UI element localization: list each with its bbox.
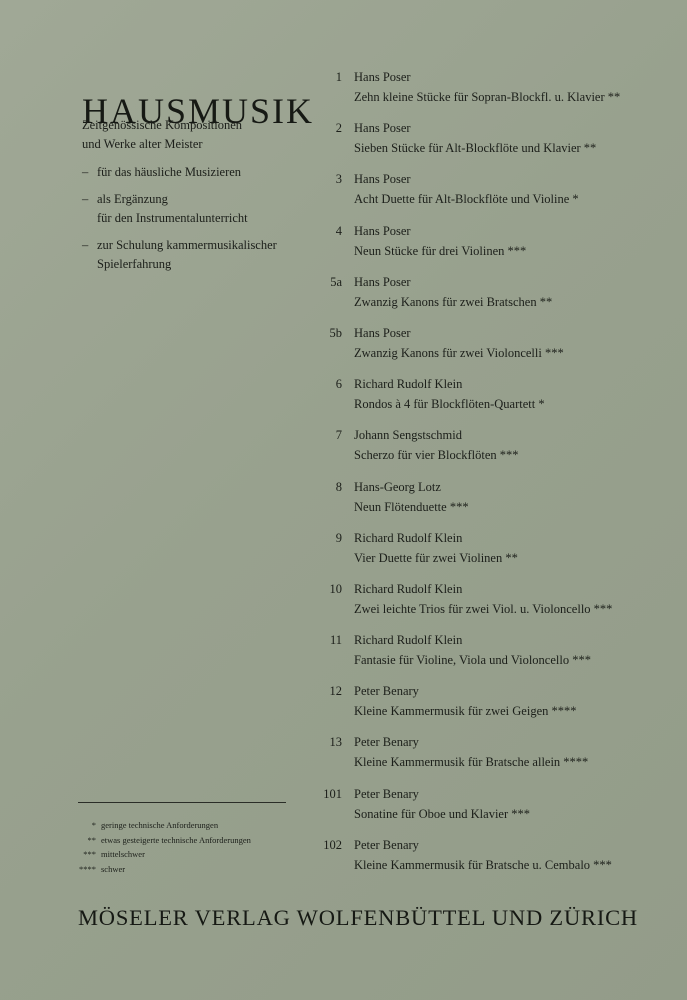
catalog-entry: 11 Richard Rudolf Klein Fantasie für Vio… <box>314 633 654 684</box>
entry-composer: Peter Benary <box>354 787 419 802</box>
entry-number: 4 <box>314 224 342 239</box>
catalog-entry: 10 Richard Rudolf Klein Zwei leichte Tri… <box>314 582 654 633</box>
entry-composer: Hans Poser <box>354 224 411 239</box>
entry-work: Kleine Kammermusik für Bratsche u. Cemba… <box>354 858 612 873</box>
entry-number: 11 <box>314 633 342 648</box>
entry-work: Zehn kleine Stücke für Sopran-Blockfl. u… <box>354 90 620 105</box>
entry-number: 10 <box>314 582 342 597</box>
entry-composer: Hans Poser <box>354 70 411 85</box>
entry-number: 8 <box>314 480 342 495</box>
entry-number: 5b <box>314 326 342 341</box>
catalog-entry: 6 Richard Rudolf Klein Rondos à 4 für Bl… <box>314 377 654 428</box>
entry-composer: Richard Rudolf Klein <box>354 582 462 597</box>
bullet-text: Spielerfahrung <box>97 255 277 274</box>
series-lead: Zeitgenössische Kompositionen und Werke … <box>82 116 302 154</box>
catalog-list: 1 Hans Poser Zehn kleine Stücke für Sopr… <box>314 70 654 889</box>
catalog-entry: 13 Peter Benary Kleine Kammermusik für B… <box>314 735 654 786</box>
entry-work: Scherzo für vier Blockflöten *** <box>354 448 519 463</box>
lead-line: und Werke alter Meister <box>82 135 302 154</box>
entry-work: Neun Flötenduette *** <box>354 500 469 515</box>
purpose-bullet: – zur Schulung kammermusikalischer Spiel… <box>82 236 302 274</box>
entry-composer: Johann Sengstschmid <box>354 428 462 443</box>
entry-work: Zwei leichte Trios für zwei Viol. u. Vio… <box>354 602 612 617</box>
catalog-entry: 12 Peter Benary Kleine Kammermusik für z… <box>314 684 654 735</box>
purpose-bullet: – für das häusliche Musizieren <box>82 163 302 182</box>
entry-number: 2 <box>314 121 342 136</box>
entry-composer: Richard Rudolf Klein <box>354 377 462 392</box>
catalog-entry: 5a Hans Poser Zwanzig Kanons für zwei Br… <box>314 275 654 326</box>
catalog-entry: 9 Richard Rudolf Klein Vier Duette für z… <box>314 531 654 582</box>
entry-work: Acht Duette für Alt-Blockflöte und Violi… <box>354 192 579 207</box>
entry-work: Vier Duette für zwei Violinen ** <box>354 551 518 566</box>
entry-composer: Hans Poser <box>354 172 411 187</box>
entry-number: 7 <box>314 428 342 443</box>
entry-number: 102 <box>314 838 342 853</box>
catalog-entry: 102 Peter Benary Kleine Kammermusik für … <box>314 838 654 889</box>
entry-number: 12 <box>314 684 342 699</box>
legend-row: **** schwer <box>78 862 251 877</box>
entry-composer: Peter Benary <box>354 684 419 699</box>
legend-text: etwas gesteigerte technische Anforderung… <box>101 833 251 848</box>
entry-composer: Peter Benary <box>354 838 419 853</box>
entry-work: Fantasie für Violine, Viola und Violonce… <box>354 653 591 668</box>
catalog-entry: 2 Hans Poser Sieben Stücke für Alt-Block… <box>314 121 654 172</box>
entry-composer: Hans Poser <box>354 275 411 290</box>
difficulty-stars: *** <box>78 847 96 862</box>
entry-composer: Richard Rudolf Klein <box>354 531 462 546</box>
entry-number: 9 <box>314 531 342 546</box>
difficulty-stars: **** <box>78 862 96 877</box>
entry-composer: Hans-Georg Lotz <box>354 480 441 495</box>
entry-work: Zwanzig Kanons für zwei Bratschen ** <box>354 295 552 310</box>
entry-number: 5a <box>314 275 342 290</box>
entry-work: Sieben Stücke für Alt-Blockflöte und Kla… <box>354 141 596 156</box>
legend-text: geringe technische Anforderungen <box>101 818 218 833</box>
catalog-entry: 3 Hans Poser Acht Duette für Alt-Blockfl… <box>314 172 654 223</box>
entry-number: 6 <box>314 377 342 392</box>
entry-work: Rondos à 4 für Blockflöten-Quartett * <box>354 397 545 412</box>
entry-composer: Hans Poser <box>354 121 411 136</box>
entry-work: Kleine Kammermusik für zwei Geigen **** <box>354 704 577 719</box>
entry-work: Kleine Kammermusik für Bratsche allein *… <box>354 755 588 770</box>
catalog-entry: 4 Hans Poser Neun Stücke für drei Violin… <box>314 224 654 275</box>
entry-work: Zwanzig Kanons für zwei Violoncelli *** <box>354 346 564 361</box>
bullet-text: für den Instrumentalunterricht <box>97 209 248 228</box>
difficulty-stars: ** <box>78 833 96 848</box>
entry-number: 13 <box>314 735 342 750</box>
legend-row: * geringe technische Anforderungen <box>78 818 251 833</box>
dash-marker: – <box>82 236 97 274</box>
catalog-entry: 5b Hans Poser Zwanzig Kanons für zwei Vi… <box>314 326 654 377</box>
legend-divider <box>78 802 286 803</box>
entry-composer: Hans Poser <box>354 326 411 341</box>
bullet-text: zur Schulung kammermusikalischer <box>97 236 277 255</box>
dash-marker: – <box>82 190 97 228</box>
publisher-imprint: MÖSELER VERLAG WOLFENBÜTTEL UND ZÜRICH <box>78 905 638 931</box>
lead-line: Zeitgenössische Kompositionen <box>82 116 302 135</box>
catalog-entry: 1 Hans Poser Zehn kleine Stücke für Sopr… <box>314 70 654 121</box>
entry-composer: Peter Benary <box>354 735 419 750</box>
dash-marker: – <box>82 163 97 182</box>
entry-work: Sonatine für Oboe und Klavier *** <box>354 807 530 822</box>
bullet-text: für das häusliche Musizieren <box>97 163 241 182</box>
series-description: Zeitgenössische Kompositionen und Werke … <box>82 116 302 282</box>
legend-row: *** mittelschwer <box>78 847 251 862</box>
entry-number: 101 <box>314 787 342 802</box>
legend-row: ** etwas gesteigerte technische Anforder… <box>78 833 251 848</box>
entry-number: 1 <box>314 70 342 85</box>
catalog-entry: 8 Hans-Georg Lotz Neun Flötenduette *** <box>314 480 654 531</box>
catalog-entry: 101 Peter Benary Sonatine für Oboe und K… <box>314 787 654 838</box>
entry-work: Neun Stücke für drei Violinen *** <box>354 244 526 259</box>
purpose-bullet: – als Ergänzung für den Instrumentalunte… <box>82 190 302 228</box>
legend-text: schwer <box>101 862 125 877</box>
entry-number: 3 <box>314 172 342 187</box>
legend-text: mittelschwer <box>101 847 145 862</box>
difficulty-legend: * geringe technische Anforderungen ** et… <box>78 818 251 876</box>
difficulty-stars: * <box>78 818 96 833</box>
entry-composer: Richard Rudolf Klein <box>354 633 462 648</box>
bullet-text: als Ergänzung <box>97 190 248 209</box>
catalog-entry: 7 Johann Sengstschmid Scherzo für vier B… <box>314 428 654 479</box>
